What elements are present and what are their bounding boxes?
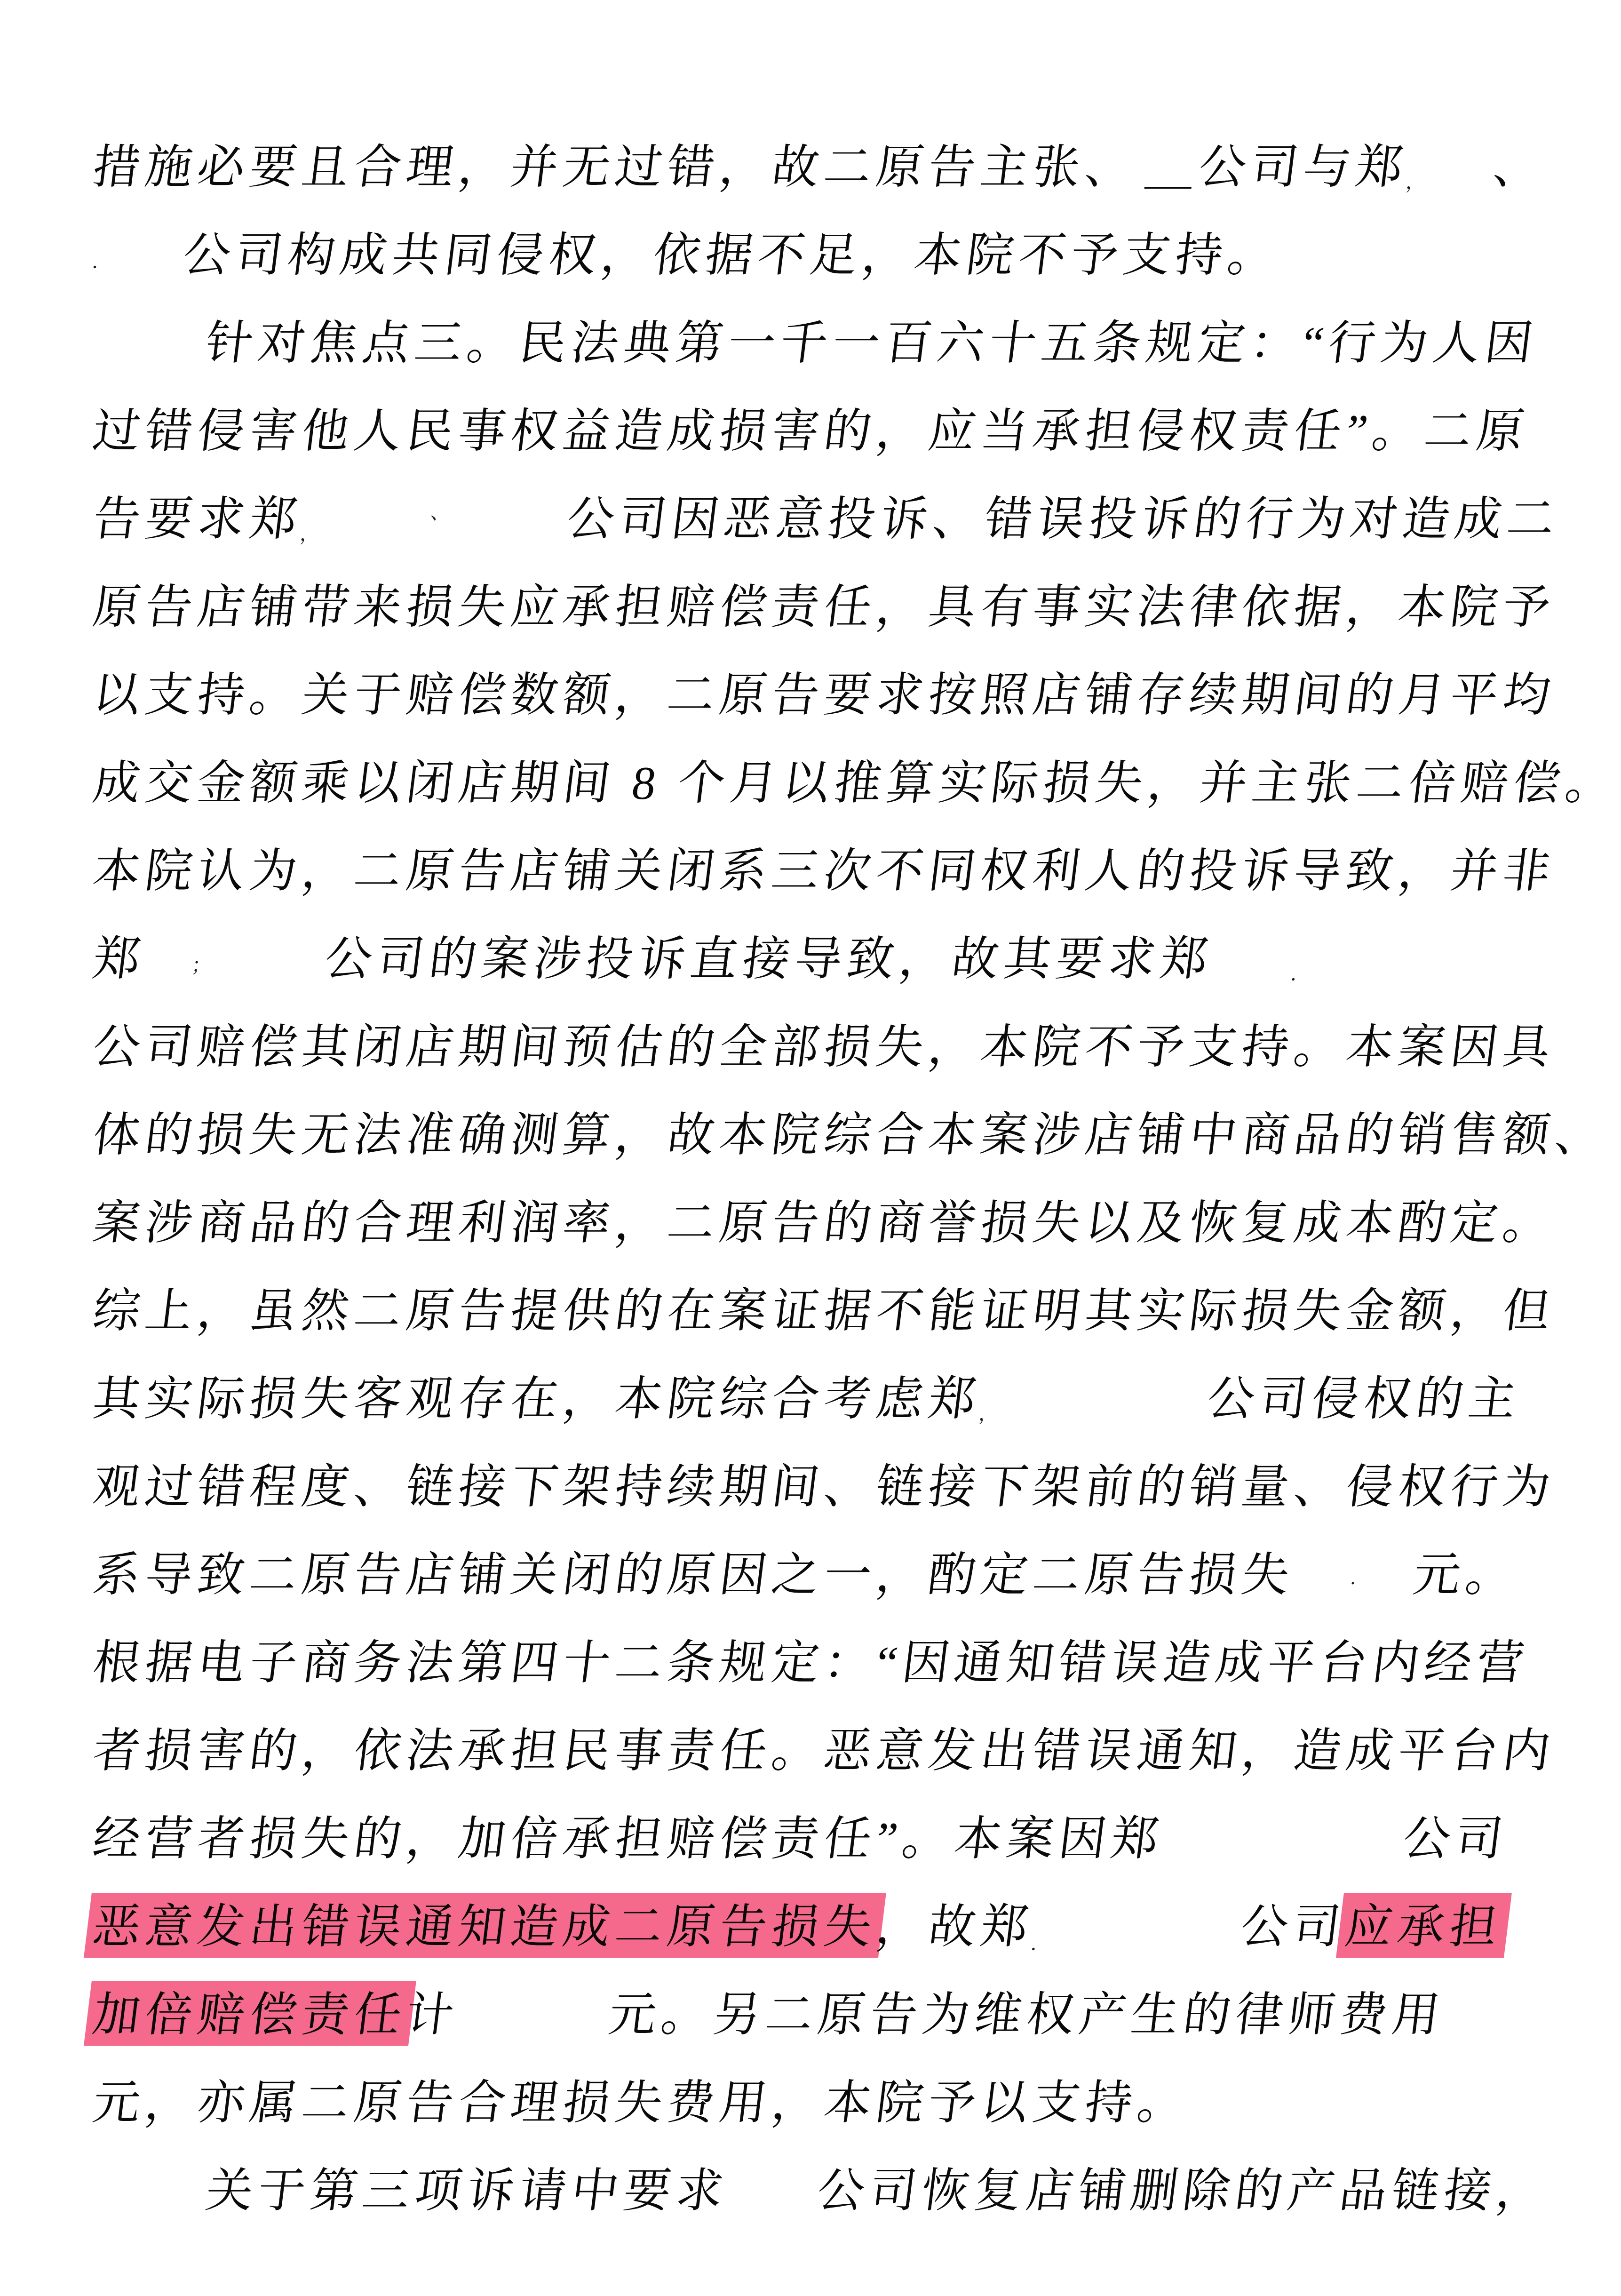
- redaction-mark: ·: [1348, 1572, 1358, 1595]
- redaction-gap: [1161, 1854, 1401, 1855]
- redaction-gap: [1426, 182, 1492, 183]
- text-line: 者损害的，依法承担民事责任。恶意发出错误通知，造成平台内: [0, 1707, 1621, 1795]
- redaction-gap: [320, 534, 428, 535]
- text-run: 其实际损失客观存在，本院综合考虑郑: [90, 1373, 984, 1425]
- redaction-gap: [999, 1414, 1206, 1415]
- text-run: 以支持。关于赔偿数额，二原告要求按照店铺存续期间的月平均: [90, 669, 1558, 721]
- redaction-gap: [726, 2206, 816, 2207]
- text-line: 本院认为，二原告店铺关闭系三次不同权利人的投诉导致，并非: [0, 827, 1621, 915]
- redaction-gap: [457, 2030, 607, 2031]
- redaction-gap: [1292, 1590, 1349, 1591]
- text-run: 过错侵害他人民事权益造成损害的，应当承担侵权责任”。二原: [90, 405, 1532, 457]
- text-run: 元。: [1410, 1549, 1521, 1601]
- text-run: 原告店铺带来损失应承担赔偿责任，具有事实法律依据，本院予: [90, 581, 1558, 633]
- text-run: 元，亦属二原告合理损失费用，本院予以支持。: [90, 2077, 1193, 2129]
- redaction-mark: ，: [977, 1398, 1001, 1427]
- redaction-mark: ．: [91, 246, 114, 274]
- text-run: ＿公司与郑: [1144, 141, 1411, 193]
- redaction-mark: ；: [190, 950, 213, 978]
- text-run: 经营者损失的，加倍承担赔偿责任”。本案因郑: [90, 1813, 1167, 1865]
- redaction-mark: ，: [299, 518, 322, 547]
- text-line: 观过错程度、链接下架持续期间、链接下架前的销量、侵权行为: [0, 1443, 1621, 1531]
- highlighted-run: 恶意发出错误通知造成二原告损失: [84, 1893, 886, 1958]
- redaction-gap: [1211, 974, 1291, 975]
- document-page: 措施必要且合理，并无过错，故二原告主张、＿公司与郑，、．公司构成共同侵权，依据不…: [0, 0, 1621, 2296]
- text-line: 成交金额乘以闭店期间 8 个月以推算实际损失，并主张二倍赔偿。: [0, 739, 1621, 827]
- text-run: 计: [403, 1989, 462, 2041]
- text-run: 体的损失无法准确测算，故本院综合本案涉店铺中商品的销售额、: [90, 1109, 1611, 1161]
- text-run: ，故郑: [873, 1901, 1036, 1953]
- text-run: 郑: [90, 933, 149, 985]
- redaction-gap: [111, 270, 182, 271]
- text-run: 综上，虽然二原告提供的在案证据不能证明其实际损失金额，但: [90, 1285, 1558, 1337]
- text-run: 成交金额乘以闭店期间 8 个月以推算实际损失，并主张二倍赔偿。: [90, 757, 1621, 809]
- text-line: 根据电子商务法第四十二条规定：“因通知错误造成平台内经营: [0, 1619, 1621, 1707]
- text-run: 告要求郑: [90, 493, 305, 545]
- text-line: 其实际损失客观存在，本院综合考虑郑，公司侵权的主: [0, 1355, 1621, 1443]
- text-line: 郑；公司的案涉投诉直接导致，故其要求郑．: [0, 915, 1621, 1003]
- text-run: 公司的案涉投诉直接导致，故其要求郑: [322, 933, 1216, 985]
- text-line: 经营者损失的，加倍承担赔偿责任”。本案因郑公司: [0, 1795, 1621, 1883]
- text-run: 公司侵权的主: [1204, 1373, 1524, 1425]
- highlighted-run: 加倍赔偿责任: [84, 1981, 416, 2046]
- text-line: 案涉商品的合理利润率，二原告的商誉损失以及恢复成本酌定。: [0, 1179, 1621, 1267]
- redaction-gap: [1136, 182, 1145, 183]
- text-line: 原告店铺带来损失应承担赔偿责任，具有事实法律依据，本院予: [0, 563, 1621, 651]
- redaction-gap: [143, 974, 191, 975]
- text-run: 公司恢复店铺删除的产品链接，: [814, 2165, 1552, 2217]
- redaction-gap: [448, 534, 565, 535]
- text-run: 观过错程度、链接下架持续期间、链接下架前的销量、侵权行为: [90, 1461, 1558, 1513]
- text-line: 系导致二原告店铺关闭的原因之一，酌定二原告损失·元。: [0, 1531, 1621, 1619]
- text-run: 公司: [1400, 1813, 1511, 1865]
- text-line: 过错侵害他人民事权益造成损害的，应当承担侵权责任”。二原: [0, 387, 1621, 475]
- redaction-mark: ，: [1405, 167, 1428, 195]
- redaction-gap: [1051, 1942, 1239, 1943]
- redaction-mark: ．: [1289, 958, 1312, 987]
- text-line: 体的损失无法准确测算，故本院综合本案涉店铺中商品的销售额、: [0, 1091, 1621, 1179]
- text-line: 恶意发出错误通知造成二原告损失，故郑．公司应承担: [0, 1883, 1621, 1971]
- redaction-gap: [1355, 1590, 1412, 1591]
- text-body: 措施必要且合理，并无过错，故二原告主张、＿公司与郑，、．公司构成共同侵权，依据不…: [0, 123, 1621, 2235]
- text-line: ．公司构成共同侵权，依据不足，本院不予支持。: [0, 211, 1621, 299]
- text-run: 者损害的，依法承担民事责任。恶意发出错误通知，造成平台内: [90, 1725, 1558, 1777]
- text-line: 针对焦点三。民法典第一千一百六十五条规定：“行为人因: [0, 299, 1621, 387]
- text-run: 系导致二原告店铺关闭的原因之一，酌定二原告损失: [90, 1549, 1297, 1601]
- text-line: 公司赔偿其闭店期间预估的全部损失，本院不予支持。本案因具: [0, 1003, 1621, 1091]
- text-line: 关于第三项诉请中要求公司恢复店铺删除的产品链接，: [0, 2147, 1621, 2235]
- text-run: 公司构成共同侵权，依据不足，本院不予支持。: [180, 229, 1283, 281]
- highlighted-run: 应承担: [1336, 1893, 1512, 1958]
- text-line: 以支持。关于赔偿数额，二原告要求按照店铺存续期间的月平均: [0, 651, 1621, 739]
- text-run: 根据电子商务法第四十二条规定：“因通知错误造成平台内经营: [90, 1637, 1532, 1689]
- redaction-mark: 、: [429, 497, 453, 525]
- text-line: 告要求郑，、公司因恶意投诉、错误投诉的行为对造成二: [0, 475, 1621, 563]
- text-run: 元。另二原告为维权产生的律师费用: [606, 1989, 1448, 2041]
- text-run: 公司因恶意投诉、错误投诉的行为对造成二: [564, 493, 1563, 545]
- text-line: 综上，虽然二原告提供的在案证据不能证明其实际损失金额，但: [0, 1267, 1621, 1355]
- text-line: 元，亦属二原告合理损失费用，本院予以支持。: [0, 2059, 1621, 2147]
- redaction-mark: ．: [1029, 1928, 1052, 1956]
- text-run: 、: [1490, 141, 1549, 193]
- text-run: 措施必要且合理，并无过错，故二原告主张、: [90, 141, 1141, 193]
- text-run: 针对焦点三。民法典第一千一百六十五条规定：“行为人因: [203, 317, 1541, 369]
- text-line: 措施必要且合理，并无过错，故二原告主张、＿公司与郑，、: [0, 123, 1621, 211]
- text-run: 公司: [1238, 1901, 1349, 1953]
- text-run: 公司赔偿其闭店期间预估的全部损失，本院不予支持。本案因具: [90, 1021, 1558, 1073]
- text-run: 本院认为，二原告店铺关闭系三次不同权利人的投诉导致，并非: [90, 845, 1558, 897]
- text-run: 案涉商品的合理利润率，二原告的商誉损失以及恢复成本酌定。: [90, 1197, 1558, 1249]
- redaction-gap: [210, 974, 323, 975]
- text-run: 关于第三项诉请中要求: [203, 2165, 731, 2217]
- text-line: 加倍赔偿责任计元。另二原告为维权产生的律师费用: [0, 1971, 1621, 2059]
